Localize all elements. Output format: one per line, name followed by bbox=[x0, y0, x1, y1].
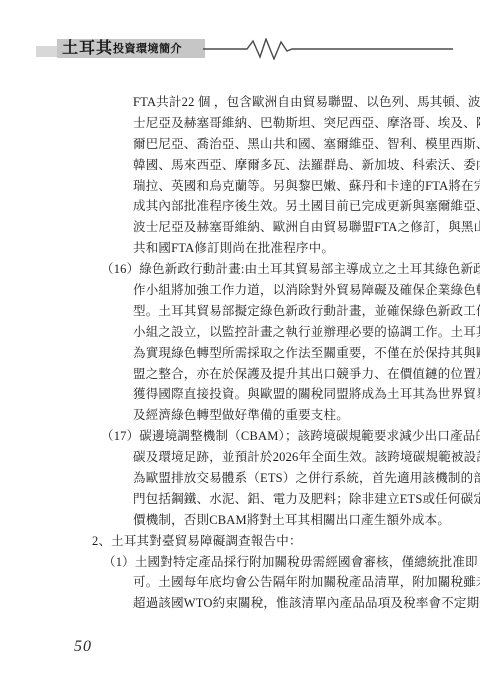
list-item-16-line: 獲得國際直接投資。與歐盟的關稅同盟將成為土耳其為世界貿易 bbox=[0, 384, 480, 405]
list-item-17-line: 價機制，否則CBAM將對土耳其相關出口產生額外成本。 bbox=[0, 510, 480, 531]
list-item-1-line: 可。土國每年底均會公告隔年附加關稅產品清單，附加關稅雖未 bbox=[0, 572, 480, 593]
section-2-heading: 2、土耳其對臺貿易障礙調查報告中： bbox=[0, 531, 480, 552]
text-line: 瑞拉、英國和烏克蘭等。另與黎巴嫩、蘇丹和卡達的FTA將在完 bbox=[0, 176, 480, 197]
text-line: 韓國、馬來西亞、摩爾多瓦、法羅群島、新加坡、科索沃、委內 bbox=[0, 155, 480, 176]
list-item-17-line: 門包括鋼鐵、水泥、鋁、電力及肥料；除非建立ETS或任何碳定 bbox=[0, 489, 480, 510]
list-item-17-line: 碳及環境足跡，並預計於2026年全面生效。該跨境碳規範被設計 bbox=[0, 447, 480, 468]
text-line: 共和國FTA修訂則尚在批准程序中。 bbox=[0, 238, 480, 259]
page-number: 50 bbox=[74, 638, 92, 656]
list-item-17-line: 為歐盟排放交易體系（ETS）之併行系統，首先適用該機制的部 bbox=[0, 468, 480, 489]
text-line: 士尼亞及赫塞哥維納、巴勒斯坦、突尼西亞、摩洛哥、埃及、阿 bbox=[0, 113, 480, 134]
text-line: 成其內部批准程序後生效。另土國目前已完成更新與塞爾維亞、 bbox=[0, 196, 480, 217]
list-item-16-line: 盟之整合，亦在於保護及提升其出口競爭力、在價值鏈的位置及 bbox=[0, 364, 480, 385]
page-body: FTA共計22 個 ，包含歐洲自由貿易聯盟、以色列、馬其頓、波 士尼亞及赫塞哥維… bbox=[0, 92, 480, 614]
list-item-16-line: 為實現綠色轉型所需採取之作法至關重要，不僅在於保持其與歐 bbox=[0, 343, 480, 364]
header-title-main: 土耳其 bbox=[62, 39, 113, 58]
header-title-sub: 投資環境簡介 bbox=[113, 40, 182, 56]
list-item-16-line: 小組之設立，以監控計畫之執行並辦理必要的協調工作。土耳其 bbox=[0, 322, 480, 343]
list-item-1-line: 超過該國WTO約束關稅，惟該清單內產品品項及稅率會不定期進 bbox=[0, 593, 480, 614]
pulse-zigzag-icon bbox=[203, 38, 455, 60]
list-item-16-line: （16）綠色新政行動計畫:由土耳其貿易部主導成立之土耳其綠色新政工 bbox=[0, 259, 480, 280]
text-line: 波士尼亞及赫塞哥維納、歐洲自由貿易聯盟FTA之修訂，與黑山 bbox=[0, 217, 480, 238]
list-item-17-line: （17）碳邊境調整機制（CBAM）；該跨境碳規範要求減少出口產品的 bbox=[0, 426, 480, 447]
text-line: FTA共計22 個 ，包含歐洲自由貿易聯盟、以色列、馬其頓、波 bbox=[0, 92, 480, 113]
page-header: 土耳其 投資環境簡介 bbox=[57, 39, 205, 58]
list-item-16-line: 型。土耳其貿易部擬定綠色新政行動計畫，並確保綠色新政工作 bbox=[0, 301, 480, 322]
list-item-16-line: 作小組將加強工作力道，以消除對外貿易障礙及確保企業綠色轉 bbox=[0, 280, 480, 301]
list-item-16-line: 及經濟綠色轉型做好準備的重要支柱。 bbox=[0, 405, 480, 426]
text-line: 爾巴尼亞、喬治亞、黑山共和國、塞爾維亞、智利、模里西斯、 bbox=[0, 134, 480, 155]
list-item-1-line: （1）土國對特定產品採行附加關稅毋需經國會審核，僅總統批准即 bbox=[0, 552, 480, 573]
